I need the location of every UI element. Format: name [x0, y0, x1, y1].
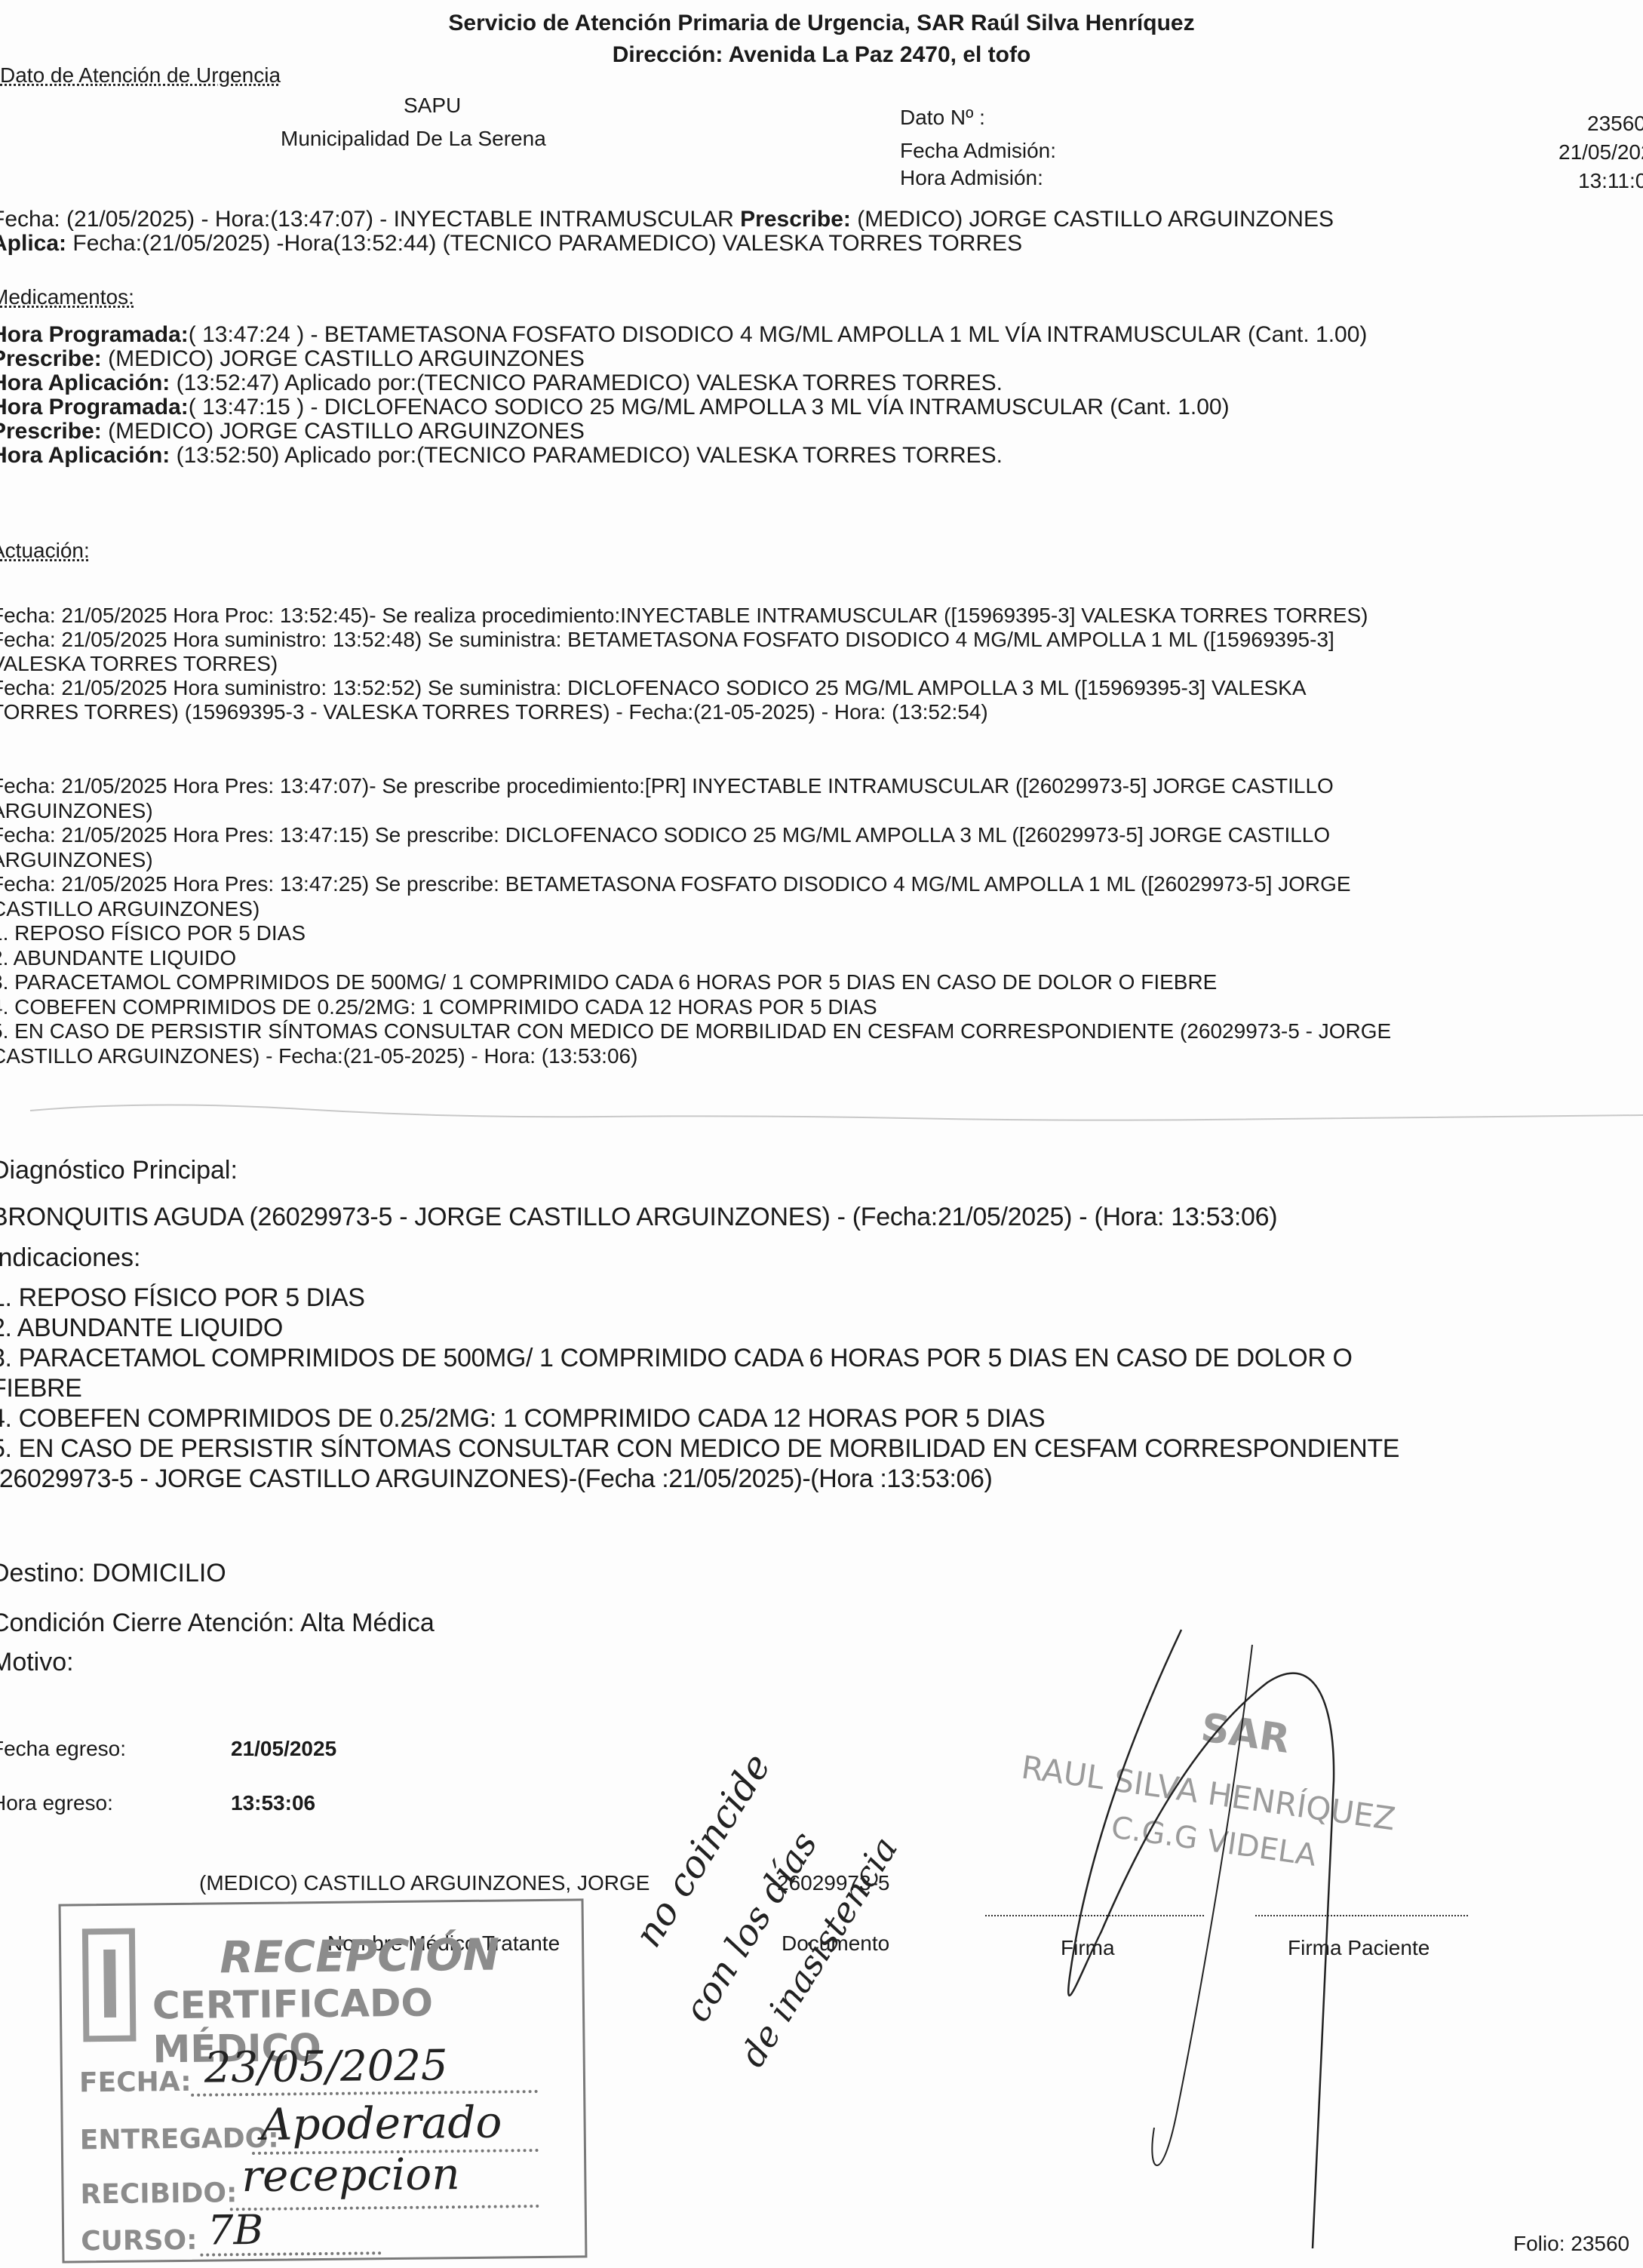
actuacion-line: CASTILLO ARGUINZONES) - Fecha:(21-05-202…	[0, 1044, 1391, 1069]
prescribe-label: Prescribe:	[0, 346, 102, 371]
actuacion-line: 1. REPOSO FÍSICO POR 5 DIAS	[0, 921, 1391, 946]
med-2-programada: Hora Programada:( 13:47:15 ) - DICLOFENA…	[0, 395, 1367, 419]
fecha-egreso-value: 21/05/2025	[231, 1737, 336, 1761]
med-2-prescribe: Prescribe: (MEDICO) JORGE CASTILLO ARGUI…	[0, 419, 1367, 444]
prescriber: (MEDICO) JORGE CASTILLO ARGUINZONES	[102, 346, 585, 371]
actuacion-line: 5. EN CASO DE PERSISTIR SÍNTOMAS CONSULT…	[0, 1019, 1391, 1044]
actuacion-line: VALESKA TORRES TORRES)	[0, 652, 1368, 676]
indicacion-item: 2. ABUNDANTE LIQUIDO	[0, 1313, 1399, 1343]
actuacion-line: Fecha: 21/05/2025 Hora Pres: 13:47:25) S…	[0, 872, 1391, 897]
med-2-aplicacion: Hora Aplicación: (13:52:50) Aplicado por…	[0, 444, 1367, 468]
fecha-admision-value: 21/05/2025	[1559, 140, 1643, 164]
hora-programada-label: Hora Programada:	[0, 395, 189, 419]
procedure-line-prescribe: Fecha: (21/05/2025) - Hora:(13:47:07) - …	[0, 207, 1334, 232]
aplica-label: Aplica:	[0, 231, 66, 256]
diagnostico-text: BRONQUITIS AGUDA (26029973-5 - JORGE CAS…	[0, 1203, 1277, 1232]
actuacion-line: Fecha: 21/05/2025 Hora Pres: 13:47:07)- …	[0, 774, 1391, 799]
aplicacion-text: (13:52:50) Aplicado por:(TECNICO PARAMED…	[170, 443, 1003, 468]
firma-paciente-line	[1255, 1915, 1468, 1916]
reception-certificate-stamp: RECEPCIÓN CERTIFICADO MÉDICO FECHA: 23/0…	[59, 1898, 588, 2263]
fecha-egreso-label: Fecha egreso:	[0, 1737, 126, 1761]
institution-name: SAPU	[404, 94, 461, 118]
indicacion-item: 5. EN CASO DE PERSISTIR SÍNTOMAS CONSULT…	[0, 1434, 1399, 1464]
medico-tratante-name: (MEDICO) CASTILLO ARGUINZONES, JORGE	[199, 1871, 650, 1895]
medicamentos-label: Medicamentos:	[0, 285, 134, 309]
prescribe-label: Prescribe:	[0, 419, 102, 444]
actuacion-label: Actuación:	[0, 539, 90, 563]
actuacion-line: 2. ABUNDANTE LIQUIDO	[0, 946, 1391, 971]
indicaciones-label: Indicaciones:	[0, 1243, 140, 1273]
actuacion-line: ARGUINZONES)	[0, 848, 1391, 873]
procedure-text: Fecha: (21/05/2025) - Hora:(13:47:07) - …	[0, 207, 740, 232]
sar-stamp-line1: SAR	[1198, 1705, 1292, 1762]
diagnostico-label: Diagnóstico Principal:	[0, 1156, 238, 1185]
actuacion-suministro-list: Fecha: 21/05/2025 Hora Proc: 13:52:45)- …	[0, 604, 1368, 724]
actuacion-line: Fecha: 21/05/2025 Hora Proc: 13:52:45)- …	[0, 604, 1368, 628]
actuacion-line: 3. PARACETAMOL COMPRIMIDOS DE 500MG/ 1 C…	[0, 970, 1391, 995]
firma-label: Firma	[1061, 1936, 1115, 1960]
dato-label: Dato Nº :	[900, 106, 985, 130]
prescriber: (MEDICO) JORGE CASTILLO ARGUINZONES	[851, 207, 1334, 232]
stamp-fecha-value: 23/05/2025	[204, 2041, 447, 2092]
actuacion-line: 4. COBEFEN COMPRIMIDOS DE 0.25/2MG: 1 CO…	[0, 995, 1391, 1020]
aplicacion-text: (13:52:47) Aplicado por:(TECNICO PARAMED…	[170, 370, 1003, 395]
indicacion-item: FIEBRE	[0, 1373, 1399, 1403]
actuacion-line: Fecha: 21/05/2025 Hora suministro: 13:52…	[0, 676, 1368, 700]
med-1-prescribe: Prescribe: (MEDICO) JORGE CASTILLO ARGUI…	[0, 347, 1367, 371]
stamp-entregado-value: Apoderado	[260, 2097, 502, 2150]
folio-number: Folio: 23560	[1513, 2232, 1629, 2256]
med-text: ( 13:47:24 ) - BETAMETASONA FOSFATO DISO…	[189, 322, 1368, 347]
stamp-curso-label: CURSO:	[81, 2225, 198, 2257]
actuacion-line: Fecha: 21/05/2025 Hora suministro: 13:52…	[0, 628, 1368, 652]
prescribe-label: Prescribe:	[740, 207, 851, 232]
motivo-label: Motivo:	[0, 1648, 74, 1677]
indicacion-item: 3. PARACETAMOL COMPRIMIDOS DE 500MG/ 1 C…	[0, 1343, 1399, 1373]
med-1-aplicacion: Hora Aplicación: (13:52:47) Aplicado por…	[0, 371, 1367, 395]
hora-egreso-label: Hora egreso:	[0, 1791, 113, 1815]
actuacion-line: CASTILLO ARGUINZONES)	[0, 897, 1391, 922]
hora-programada-label: Hora Programada:	[0, 322, 189, 347]
actuacion-line: TORRES TORRES) (15969395-3 - VALESKA TOR…	[0, 700, 1368, 724]
stamp-recibido-line	[230, 2205, 539, 2211]
indicacion-item: (26029973-5 - JORGE CASTILLO ARGUINZONES…	[0, 1464, 1399, 1494]
med-1-programada: Hora Programada:( 13:47:24 ) - BETAMETAS…	[0, 323, 1367, 347]
medicamentos-list: Hora Programada:( 13:47:24 ) - BETAMETAS…	[0, 323, 1367, 468]
hora-admision-value: 13:11:0	[1578, 169, 1643, 193]
stamp-fecha-label: FECHA:	[79, 2067, 192, 2099]
actuacion-line: Fecha: 21/05/2025 Hora Pres: 13:47:15) S…	[0, 823, 1391, 848]
stamp-title-recepcion: RECEPCIÓN	[220, 1929, 500, 1984]
indicacion-item: 1. REPOSO FÍSICO POR 5 DIAS	[0, 1283, 1399, 1313]
prescriber: (MEDICO) JORGE CASTILLO ARGUINZONES	[102, 419, 585, 444]
stamp-recibido-label: RECIBIDO:	[80, 2177, 237, 2210]
hora-aplicacion-label: Hora Aplicación:	[0, 370, 170, 395]
document-title: Servicio de Atención Primaria de Urgenci…	[0, 11, 1643, 36]
aplica-text: Fecha:(21/05/2025) -Hora(13:52:44) (TECN…	[66, 231, 1022, 256]
actuacion-prescripcion-list: Fecha: 21/05/2025 Hora Pres: 13:47:07)- …	[0, 774, 1391, 1068]
procedure-line-aplica: Aplica: Fecha:(21/05/2025) -Hora(13:52:4…	[0, 231, 1022, 257]
med-text: ( 13:47:15 ) - DICLOFENACO SODICO 25 MG/…	[189, 395, 1230, 419]
stamp-logo-icon	[82, 1928, 137, 2042]
firma-line	[985, 1915, 1204, 1916]
hora-egreso-value: 13:53:06	[231, 1791, 315, 1815]
indicacion-item: 4. COBEFEN COMPRIMIDOS DE 0.25/2MG: 1 CO…	[0, 1403, 1399, 1434]
stamp-curso-value: 7B	[207, 2206, 264, 2254]
hora-admision-label: Hora Admisión:	[900, 166, 1043, 190]
institution-municipality: Municipalidad De La Serena	[281, 127, 546, 151]
indicaciones-list: 1. REPOSO FÍSICO POR 5 DIAS 2. ABUNDANTE…	[0, 1283, 1399, 1494]
hora-aplicacion-label: Hora Aplicación:	[0, 443, 170, 468]
destino: Destino: DOMICILIO	[0, 1559, 226, 1588]
section-label-dato-atencion: Dato de Atención de Urgencia	[0, 63, 281, 88]
fecha-admision-label: Fecha Admisión:	[900, 139, 1056, 163]
firma-paciente-label: Firma Paciente	[1288, 1936, 1430, 1960]
condicion-cierre: Condición Cierre Atención: Alta Médica	[0, 1609, 435, 1638]
dato-value: 23560	[1587, 112, 1643, 136]
actuacion-line: ARGUINZONES)	[0, 799, 1391, 824]
stamp-recibido-value: recepcion	[241, 2148, 460, 2202]
